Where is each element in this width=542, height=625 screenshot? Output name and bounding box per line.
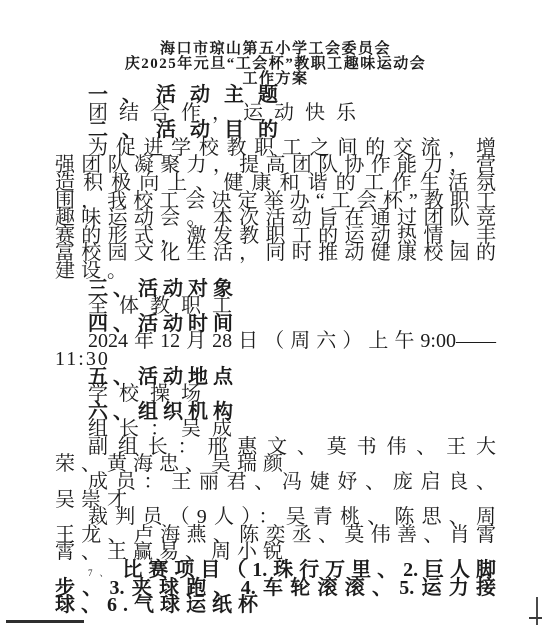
scan-artifact-bottom-left	[6, 620, 84, 623]
doc-title-line: 庆2025年元旦“工会杯”教职工趣味运动会	[55, 57, 496, 72]
scan-artifact-right-edge	[536, 597, 538, 625]
scan-artifact-bottom-right	[529, 617, 542, 619]
document-page: 海口市琼山第五小学工会委员会庆2025年元旦“工会杯”教职工趣味运动会工作方案 …	[0, 0, 542, 625]
document-content: 海口市琼山第五小学工会委员会庆2025年元旦“工会杯”教职工趣味运动会工作方案 …	[0, 0, 542, 615]
doc-title-line: 海口市琼山第五小学工会委员会	[55, 42, 496, 57]
document-body: 一、活动主题团结合作，运动快乐二、活动目的为促进学校教职工之间的交流，增强团队凝…	[55, 87, 496, 615]
doc-line: 2024年12月28日（周六）上午9:00——	[55, 333, 496, 351]
doc-line: 球、6.气球运纸杯	[55, 597, 496, 615]
document-title-block: 海口市琼山第五小学工会委员会庆2025年元旦“工会杯”教职工趣味运动会工作方案	[55, 42, 496, 87]
